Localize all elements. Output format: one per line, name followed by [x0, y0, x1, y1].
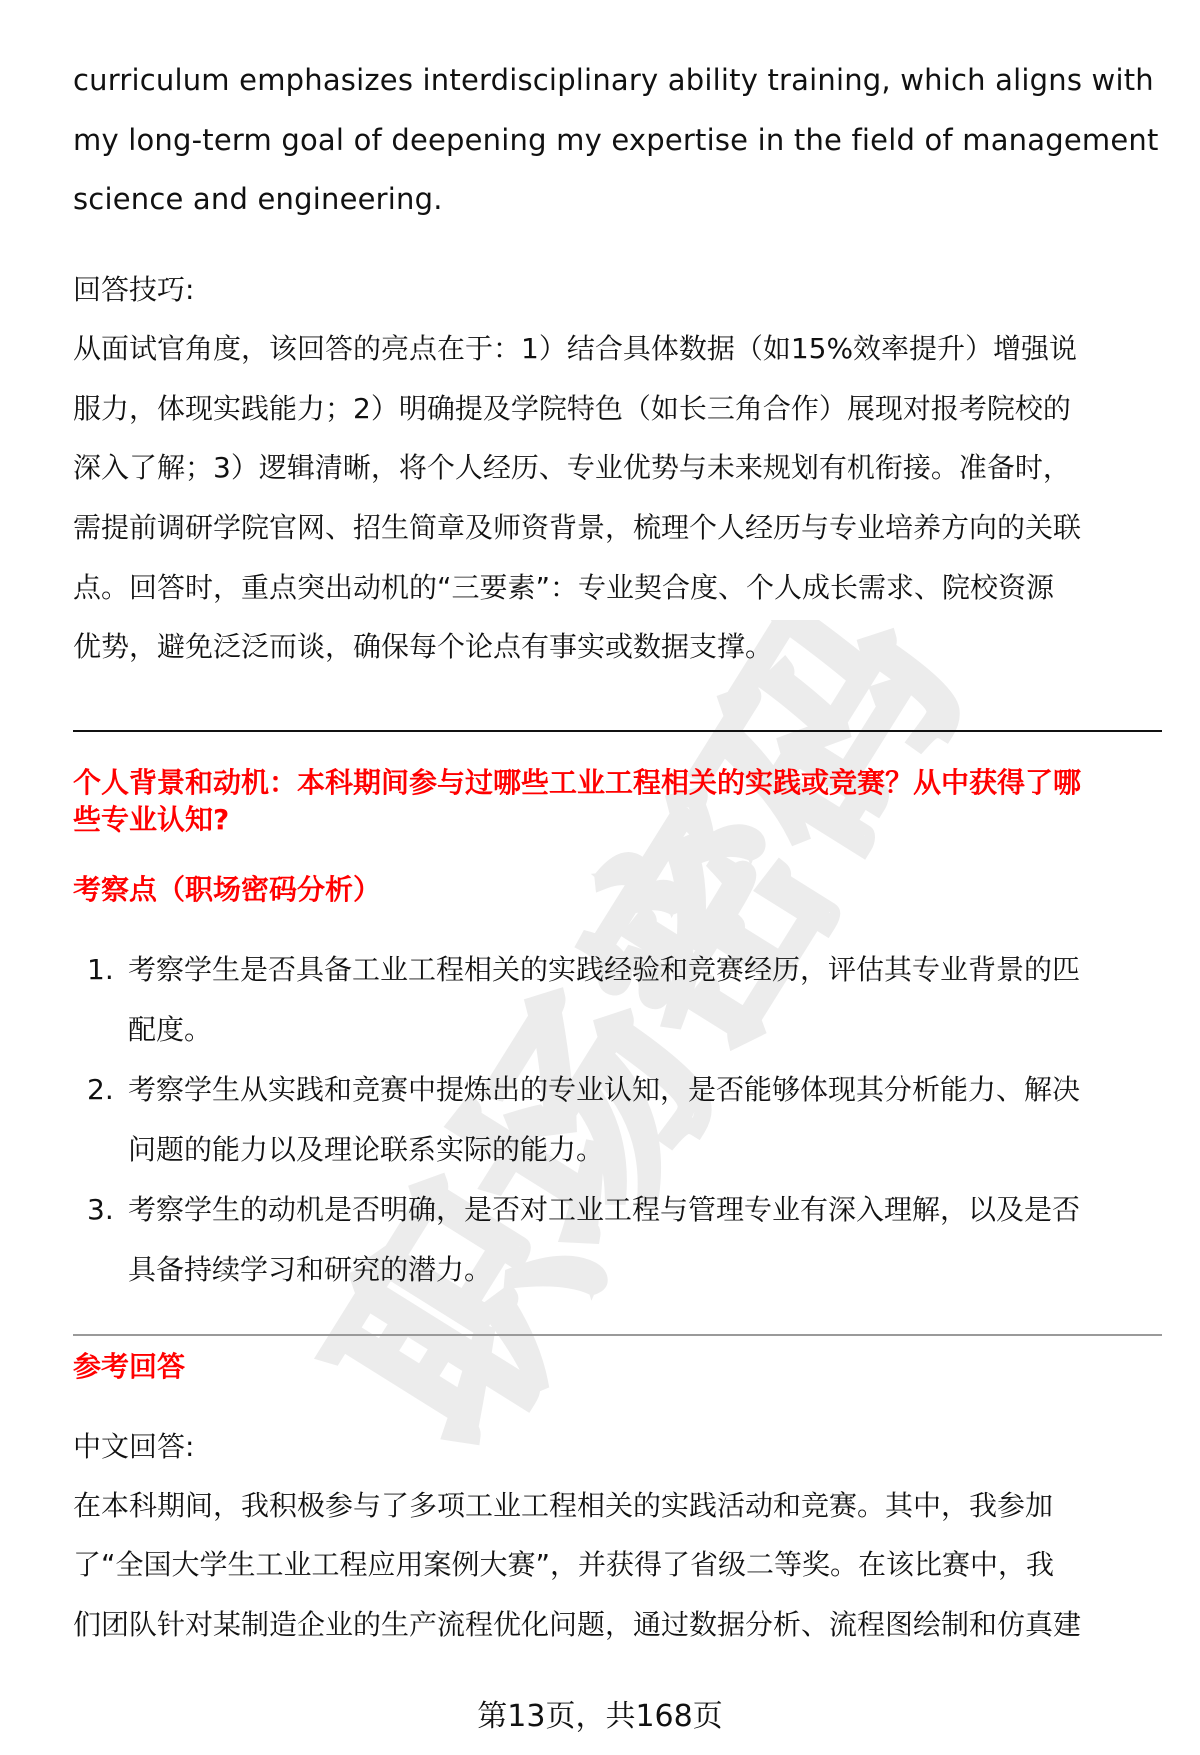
list-number: 1. [87, 950, 114, 990]
list-item-line: 具备持续学习和研究的潜力。 [128, 1250, 492, 1290]
assessment-heading: 考察点（职场密码分析） [73, 870, 381, 910]
list-item-line: 考察学生的动机是否明确，是否对工业工程与管理专业有深入理解，以及是否 [128, 1190, 1080, 1230]
document-page: 职场密码 curriculum emphasizes interdiscipli… [0, 0, 1200, 1755]
chinese-answer-line: 在本科期间，我积极参与了多项工业工程相关的实践活动和竞赛。其中，我参加 [73, 1486, 1053, 1526]
tips-paragraph-line: 从面试官角度，该回答的亮点在于：1）结合具体数据（如15%效率提升）增强说 [73, 329, 1077, 369]
list-item-line: 问题的能力以及理论联系实际的能力。 [128, 1130, 604, 1170]
question-heading-line: 些专业认知? [73, 800, 229, 840]
chinese-answer-line: 们团队针对某制造企业的生产流程优化问题，通过数据分析、流程图绘制和仿真建 [73, 1605, 1081, 1645]
tips-paragraph-line: 需提前调研学院官网、招生简章及师资背景，梳理个人经历与专业培养方向的关联 [73, 508, 1081, 548]
question-heading-line: 个人背景和动机：本科期间参与过哪些工业工程相关的实践或竞赛？从中获得了哪 [73, 763, 1081, 803]
section-divider [73, 1334, 1162, 1336]
list-number: 3. [87, 1190, 114, 1230]
tips-paragraph-line: 服力，体现实践能力；2）明确提及学院特色（如长三角合作）展现对报考院校的 [73, 389, 1071, 429]
chinese-answer-label: 中文回答: [73, 1427, 194, 1467]
svg-text:职场密码: 职场密码 [292, 620, 1006, 1484]
page-indicator: 第13页，共168页 [0, 1697, 1200, 1737]
list-item-line: 考察学生是否具备工业工程相关的实践经验和竞赛经历，评估其专业背景的匹 [128, 950, 1080, 990]
tips-label: 回答技巧: [73, 270, 194, 310]
continued-paragraph-line: curriculum emphasizes interdisciplinary … [73, 60, 1154, 100]
list-item-line: 考察学生从实践和竞赛中提炼出的专业认知，是否能够体现其分析能力、解决 [128, 1070, 1080, 1110]
tips-paragraph-line: 点。回答时，重点突出动机的“三要素”：专业契合度、个人成长需求、院校资源 [73, 568, 1054, 608]
continued-paragraph-line: my long-term goal of deepening my expert… [73, 120, 1159, 160]
list-item-line: 配度。 [128, 1010, 212, 1050]
tips-paragraph-line: 优势，避免泛泛而谈，确保每个论点有事实或数据支撑。 [73, 627, 773, 667]
tips-paragraph-line: 深入了解；3）逻辑清晰，将个人经历、专业优势与未来规划有机衔接。准备时， [73, 448, 1071, 488]
section-divider [73, 730, 1162, 732]
list-number: 2. [87, 1070, 114, 1110]
reference-answer-heading: 参考回答 [73, 1347, 185, 1387]
continued-paragraph-line: science and engineering. [73, 179, 443, 219]
chinese-answer-line: 了“全国大学生工业工程应用案例大赛”，并获得了省级二等奖。在该比赛中，我 [73, 1545, 1054, 1585]
